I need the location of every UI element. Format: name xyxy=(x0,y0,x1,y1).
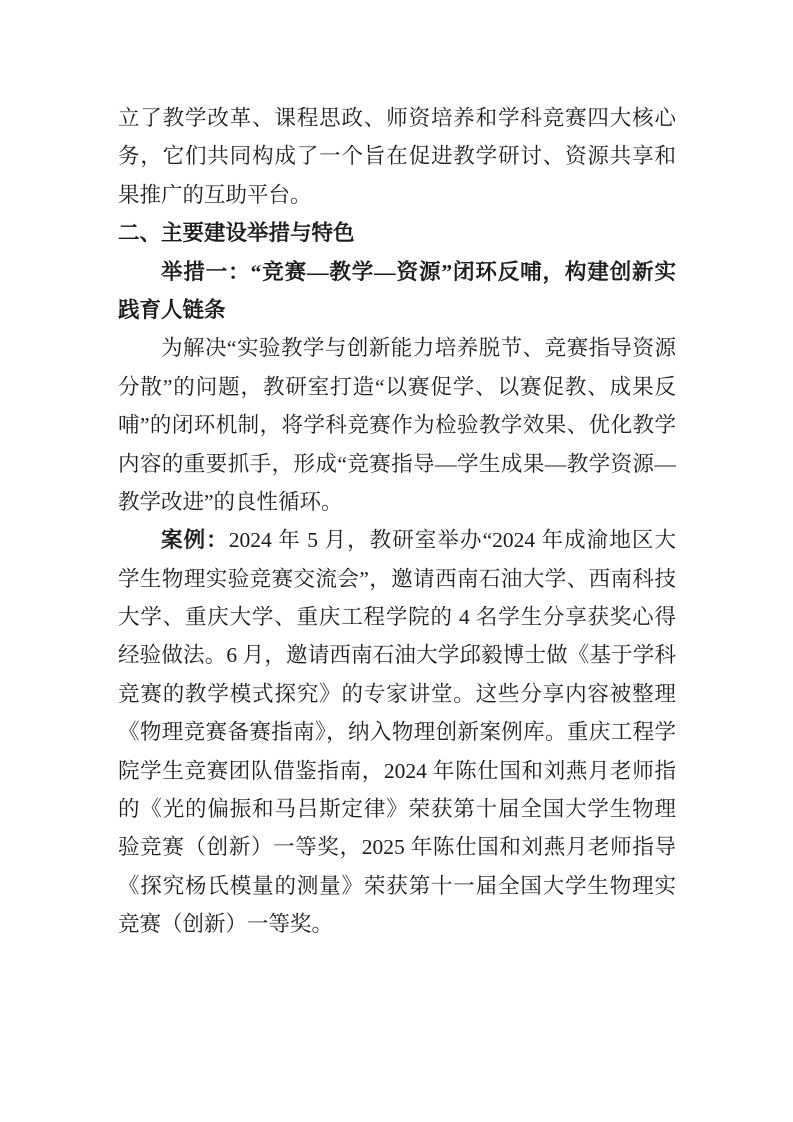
text-line: 务，它们共同构成了一个旨在促进教学研讨、资源共享和成 xyxy=(118,137,676,175)
text-segment: 2024 年 5 月，教研室举办“2024 年成渝地区大 xyxy=(229,528,676,552)
text-line: 果推广的互助平台。 xyxy=(118,176,676,214)
text-line: 哺”的闭环机制，将学科竞赛作为检验教学效果、优化教学 xyxy=(118,406,676,444)
text-line: 立了教学改革、课程思政、师资培养和学科竞赛四大核心任 xyxy=(118,99,676,137)
text-line: 大学、重庆大学、重庆工程学院的 4 名学生分享获奖心得和 xyxy=(118,598,676,636)
text-line: 教学改进”的良性循环。 xyxy=(118,483,676,521)
text-line: 《物理竞赛备赛指南》，纳入物理创新案例库。重庆工程学 xyxy=(118,713,676,751)
text-line: 的《光的偏振和马吕斯定律》荣获第十届全国大学生物理实 xyxy=(118,790,676,828)
paragraph-measure-1: 为解决“实验教学与创新能力培养脱节、竞赛指导资源 分散”的问题，教研室打造“以赛… xyxy=(118,329,676,521)
text-line: 案例：2024 年 5 月，教研室举办“2024 年成渝地区大 xyxy=(118,521,676,559)
paragraph-case: 案例：2024 年 5 月，教研室举办“2024 年成渝地区大 学生物理实验竞赛… xyxy=(118,521,676,943)
heading-measure-1: 举措一：“竞赛—教学—资源”闭环反哺，构建创新实 践育人链条 xyxy=(118,253,676,330)
text-line: 《探究杨氏模量的测量》荣获第十一届全国大学生物理实验 xyxy=(118,867,676,905)
heading-line: 践育人链条 xyxy=(118,291,676,329)
text-line: 内容的重要抓手，形成“竞赛指导—学生成果—教学资源— xyxy=(118,445,676,483)
paragraph-intro-continuation: 立了教学改革、课程思政、师资培养和学科竞赛四大核心任 务，它们共同构成了一个旨在… xyxy=(118,99,676,214)
text-line: 竞赛的教学模式探究》的专家讲堂。这些分享内容被整理成 xyxy=(118,675,676,713)
heading-line: 举措一：“竞赛—教学—资源”闭环反哺，构建创新实 xyxy=(118,253,676,291)
text-line: 竞赛（创新）一等奖。 xyxy=(118,905,676,943)
text-line: 院学生竞赛团队借鉴指南，2024 年陈仕国和刘燕月老师指导 xyxy=(118,752,676,790)
document-page: 立了教学改革、课程思政、师资培养和学科竞赛四大核心任 务，它们共同构成了一个旨在… xyxy=(0,0,793,1122)
heading-section-2: 二、主要建设举措与特色 xyxy=(118,214,676,252)
document-content: 立了教学改革、课程思政、师资培养和学科竞赛四大核心任 务，它们共同构成了一个旨在… xyxy=(118,99,676,944)
text-line: 学生物理实验竞赛交流会”，邀请西南石油大学、西南科技 xyxy=(118,560,676,598)
text-line: 验竞赛（创新）一等奖，2025 年陈仕国和刘燕月老师指导的 xyxy=(118,828,676,866)
case-label: 案例： xyxy=(161,528,229,552)
text-line: 为解决“实验教学与创新能力培养脱节、竞赛指导资源 xyxy=(118,329,676,367)
heading-line: 二、主要建设举措与特色 xyxy=(118,214,676,252)
text-line: 经验做法。6 月，邀请西南石油大学邱毅博士做《基于学科 xyxy=(118,636,676,674)
text-line: 分散”的问题，教研室打造“以赛促学、以赛促教、成果反 xyxy=(118,368,676,406)
